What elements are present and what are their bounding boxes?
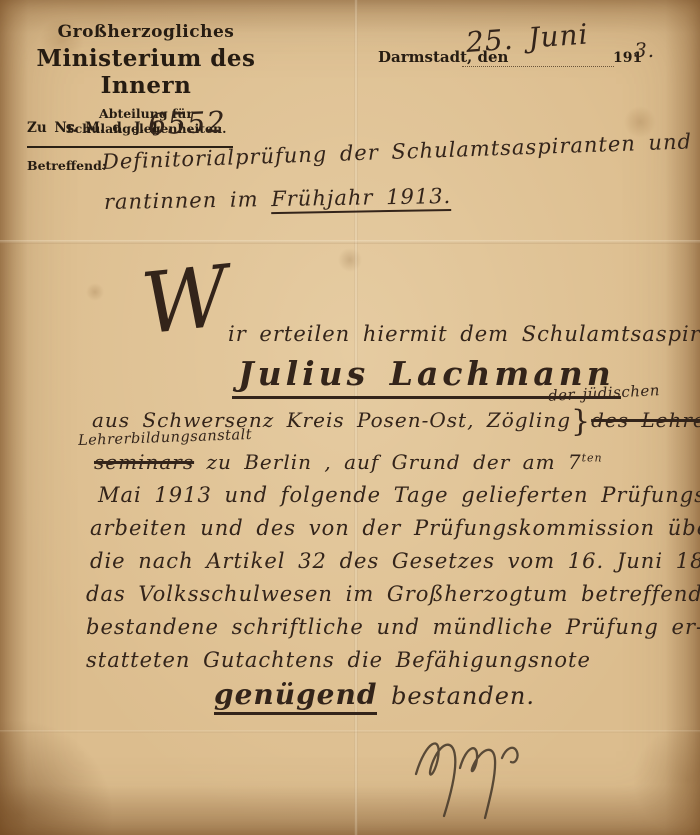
body-line8: bestandene schriftliche und mündliche Pr… [86, 615, 700, 639]
grade-underlined: genügend [214, 678, 377, 715]
subject-line2-handwritten: rantinnen im Frühjahr 1913. [104, 184, 452, 214]
signature-paraph [398, 722, 538, 822]
horizontal-fold-crease-lower [0, 730, 700, 733]
body-line3: seminars zu Berlin , auf Grund der am 7t… [94, 450, 603, 474]
body-line3-rest: zu Berlin , auf Grund der am 7 [194, 450, 582, 474]
grade-line: genügend bestanden. [214, 678, 535, 711]
horizontal-fold-crease [0, 240, 700, 244]
dateline-year-handwritten: 3. [634, 38, 655, 62]
body-line1: ir erteilen hiermit dem Schulamtsaspiran… [228, 322, 700, 346]
subject-line2-underlined: Frühjahr 1913. [271, 184, 452, 214]
body-line2-struck: des Lehrer- [591, 408, 700, 432]
body-line2-start: aus Schwersenz Kreis Posen-Ost, Zögling [92, 408, 571, 432]
body-line7: das Volksschulwesen im Großherzogtum bet… [86, 582, 700, 606]
body-line9: statteten Gutachtens die Befähigungsnote [86, 648, 591, 672]
letterhead-line1: Großherzogliches [36, 22, 256, 42]
subject-line2-start: rantinnen im [104, 187, 272, 214]
document-page: Großherzogliches Ministerium des Innern … [0, 0, 700, 835]
dateline-date-handwritten: 25. Juni [465, 17, 590, 58]
body-line3-superscript: ten [582, 451, 603, 464]
dateline-dotted-rule [462, 66, 614, 67]
subject-label-printed: Betreffend: [27, 158, 107, 173]
body-line5: arbeiten und des von der Prüfungskommiss… [90, 516, 700, 540]
body-line6: die nach Artikel 32 des Gesetzes vom 16.… [90, 549, 700, 573]
reference-number-handwritten: 6552 [147, 105, 226, 142]
body-dropcap-W: W [138, 254, 234, 347]
body-line4: Mai 1913 und folgende Tage gelieferten P… [98, 483, 700, 507]
grade-closing: bestanden. [377, 682, 535, 710]
reference-label-printed: Zu Nr. M. d. J. I. [27, 120, 163, 136]
body-line3-struck: seminars [94, 450, 194, 474]
insertion-brace-mark: } [571, 404, 591, 439]
letterhead-line2: Ministerium des Innern [36, 45, 256, 99]
